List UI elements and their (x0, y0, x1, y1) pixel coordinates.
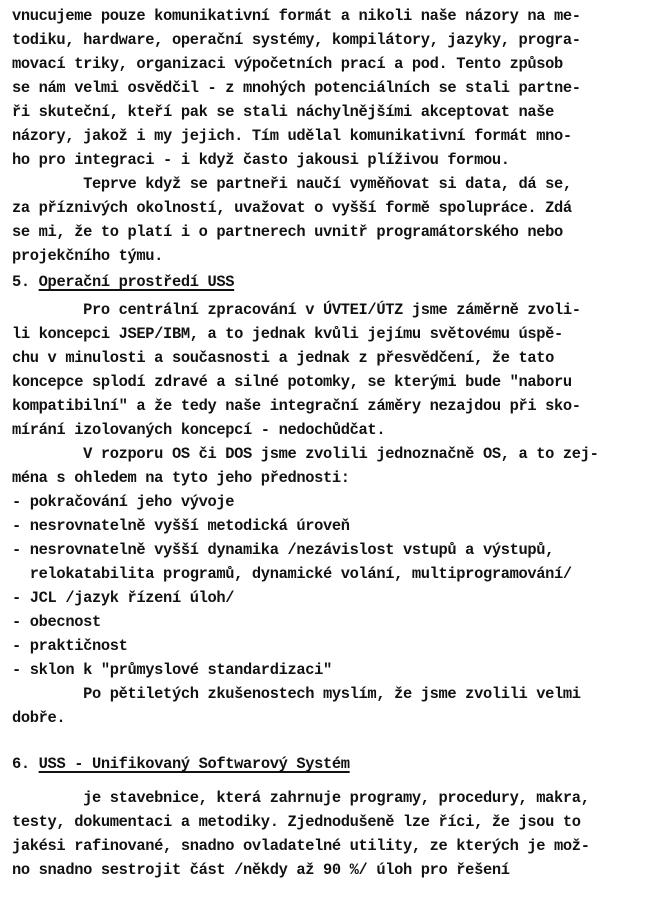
text-line: koncepce splodí zdravé a silné potomky, … (12, 370, 572, 394)
text-line: se nám velmi osvědčil - z mnohých potenc… (12, 76, 581, 100)
text-line: kompatibilní" a že tedy naše integrační … (12, 394, 581, 418)
text-line: ho pro integraci - i když často jakousi … (12, 148, 510, 172)
text-line: ména s ohledem na tyto jeho přednosti: (12, 466, 350, 490)
text-line: se mi, že to platí i o partnerech uvnitř… (12, 220, 563, 244)
text-line: Pro centrální zpracování v ÚVTEI/ÚTZ jsm… (12, 298, 581, 322)
text-line: todiku, hardware, operační systémy, komp… (12, 28, 581, 52)
text-line: projekčního týmu. (12, 244, 163, 268)
text-line: jakési rafinované, snadno ovladatelné ut… (12, 834, 590, 858)
list-item: relokatabilita programů, dynamické volán… (12, 562, 572, 586)
text-line: chu v minulosti a současnosti a jednak z… (12, 346, 554, 370)
text-line: názory, jakož i my jejich. Tím udělal ko… (12, 124, 572, 148)
section-heading-6: 6. USS - Unifikovaný Softwarový Systém (12, 752, 350, 776)
text-line: V rozporu OS či DOS jsme zvolili jednozn… (12, 442, 598, 466)
section-title: Operační prostředí USS (39, 273, 235, 291)
text-line: no snadno sestrojit část /někdy až 90 %/… (12, 858, 510, 882)
text-line: dobře. (12, 706, 65, 730)
list-item: - sklon k "průmyslové standardizaci" (12, 658, 332, 682)
list-item: - JCL /jazyk řízení úloh/ (12, 586, 234, 610)
text-line: vnucujeme pouze komunikativní formát a n… (12, 4, 581, 28)
text-line: testy, dokumentaci a metodiky. Zjednoduš… (12, 810, 581, 834)
typewritten-page: vnucujeme pouze komunikativní formát a n… (0, 0, 668, 897)
section-number: 5. (12, 273, 30, 291)
text-line: je stavebnice, která zahrnuje programy, … (12, 786, 590, 810)
section-number: 6. (12, 755, 30, 773)
list-item: - nesrovnatelně vyšší dynamika /nezávisl… (12, 538, 554, 562)
text-line: za příznivých okolností, uvažovat o vyšš… (12, 196, 572, 220)
text-line: Po pětiletých zkušenostech myslím, že js… (12, 682, 581, 706)
text-line: movací triky, organizaci výpočetních pra… (12, 52, 563, 76)
section-heading-5: 5. Operační prostředí USS (12, 270, 234, 294)
text-line: li koncepci JSEP/IBM, a to jednak kvůli … (12, 322, 563, 346)
list-item: - nesrovnatelně vyšší metodická úroveň (12, 514, 350, 538)
section-title: USS - Unifikovaný Softwarový Systém (39, 755, 350, 773)
text-line: Teprve když se partneři naučí vyměňovat … (12, 172, 572, 196)
list-item: - praktičnost (12, 634, 128, 658)
text-line: mírání izolovaných koncepcí - nedochůdča… (12, 418, 385, 442)
text-line: ři skuteční, kteří pak se stali náchylně… (12, 100, 554, 124)
list-item: - pokračování jeho vývoje (12, 490, 234, 514)
list-item: - obecnost (12, 610, 101, 634)
